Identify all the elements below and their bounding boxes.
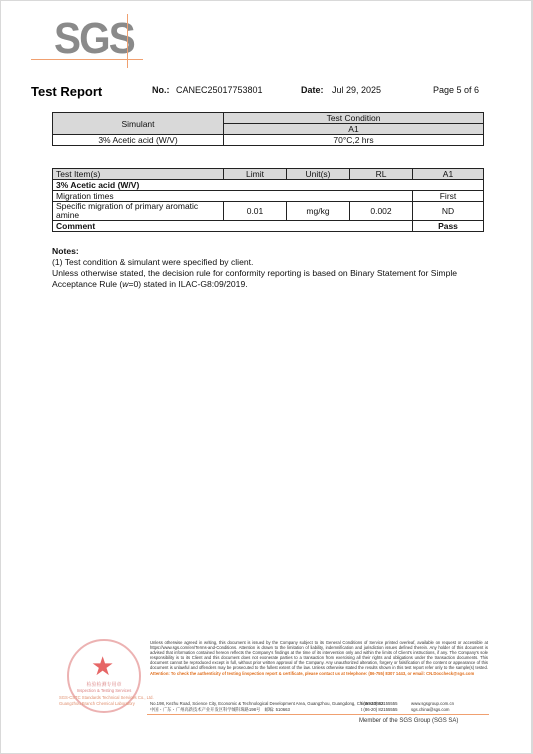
attention-notice: Attention: To check the authenticity of …	[150, 671, 474, 676]
comment-value: Pass	[413, 221, 484, 232]
company-name: SGS-CSTC Standards Technical Services Co…	[59, 695, 154, 707]
telephone-1: t (86-20) 82155555	[361, 701, 398, 706]
simulant-cell: 3% Acetic acid (W/V)	[53, 135, 224, 146]
results-table: Test Item(s) Limit Unit(s) RL A1 3% Acet…	[52, 168, 484, 232]
header-test-item: Test Item(s)	[53, 169, 224, 180]
comment-label: Comment	[53, 221, 413, 232]
notes-section: Notes: (1) Test condition & simulant wer…	[52, 246, 502, 290]
address-cn: 中国・广东・广州高新技术产业开发区科学城科珠路198号 邮编: 510663	[150, 707, 290, 713]
logo-divider-vertical	[127, 14, 128, 68]
condition-table: Simulant Test Condition A1 3% Acetic aci…	[52, 112, 484, 146]
migration-value: First	[413, 191, 484, 202]
star-icon: ★	[91, 651, 114, 682]
email-link[interactable]: sgs.china@sgs.com	[411, 707, 450, 712]
condition-cell: 70°C,2 hrs	[224, 135, 484, 146]
website-link[interactable]: www.sgsgroup.com.cn	[411, 701, 454, 706]
page-number: Page 5 of 6	[433, 85, 479, 95]
header-unit: Unit(s)	[287, 169, 350, 180]
disclaimer: Unless otherwise agreed in writing, this…	[150, 640, 488, 676]
sgs-logo: SGS	[54, 17, 134, 61]
migration-label: Migration times	[53, 191, 413, 202]
footer-divider	[147, 714, 489, 715]
note-2: Unless otherwise stated, the decision ru…	[52, 268, 502, 290]
report-no-value: CANEC25017753801	[176, 85, 263, 95]
header-rl: RL	[350, 169, 413, 180]
header-limit: Limit	[224, 169, 287, 180]
test-condition-header: Test Condition	[224, 113, 484, 124]
header-a1: A1	[413, 169, 484, 180]
item-limit: 0.01	[224, 202, 287, 221]
item-rl: 0.002	[350, 202, 413, 221]
item-name: Specific migration of primary aromatic a…	[53, 202, 224, 221]
report-page: SGS Test Report No.: CANEC25017753801 Da…	[1, 1, 531, 753]
member-statement: Member of the SGS Group (SGS SA)	[359, 718, 458, 724]
notes-title: Notes:	[52, 246, 502, 257]
address-en: No.198, Kezhu Road, Science City, Econom…	[150, 701, 383, 706]
report-no-label: No.:	[152, 85, 170, 95]
simulant-header: Simulant	[53, 113, 224, 135]
note-1: (1) Test condition & simulant were speci…	[52, 257, 502, 268]
item-unit: mg/kg	[287, 202, 350, 221]
item-a1: ND	[413, 202, 484, 221]
date-label: Date:	[301, 85, 324, 95]
sample-header: A1	[224, 124, 484, 135]
section-row: 3% Acetic acid (W/V)	[53, 180, 484, 191]
telephone-2: t (86-20) 82155555	[361, 707, 398, 712]
page-title: Test Report	[31, 84, 102, 99]
date-value: Jul 29, 2025	[332, 85, 381, 95]
